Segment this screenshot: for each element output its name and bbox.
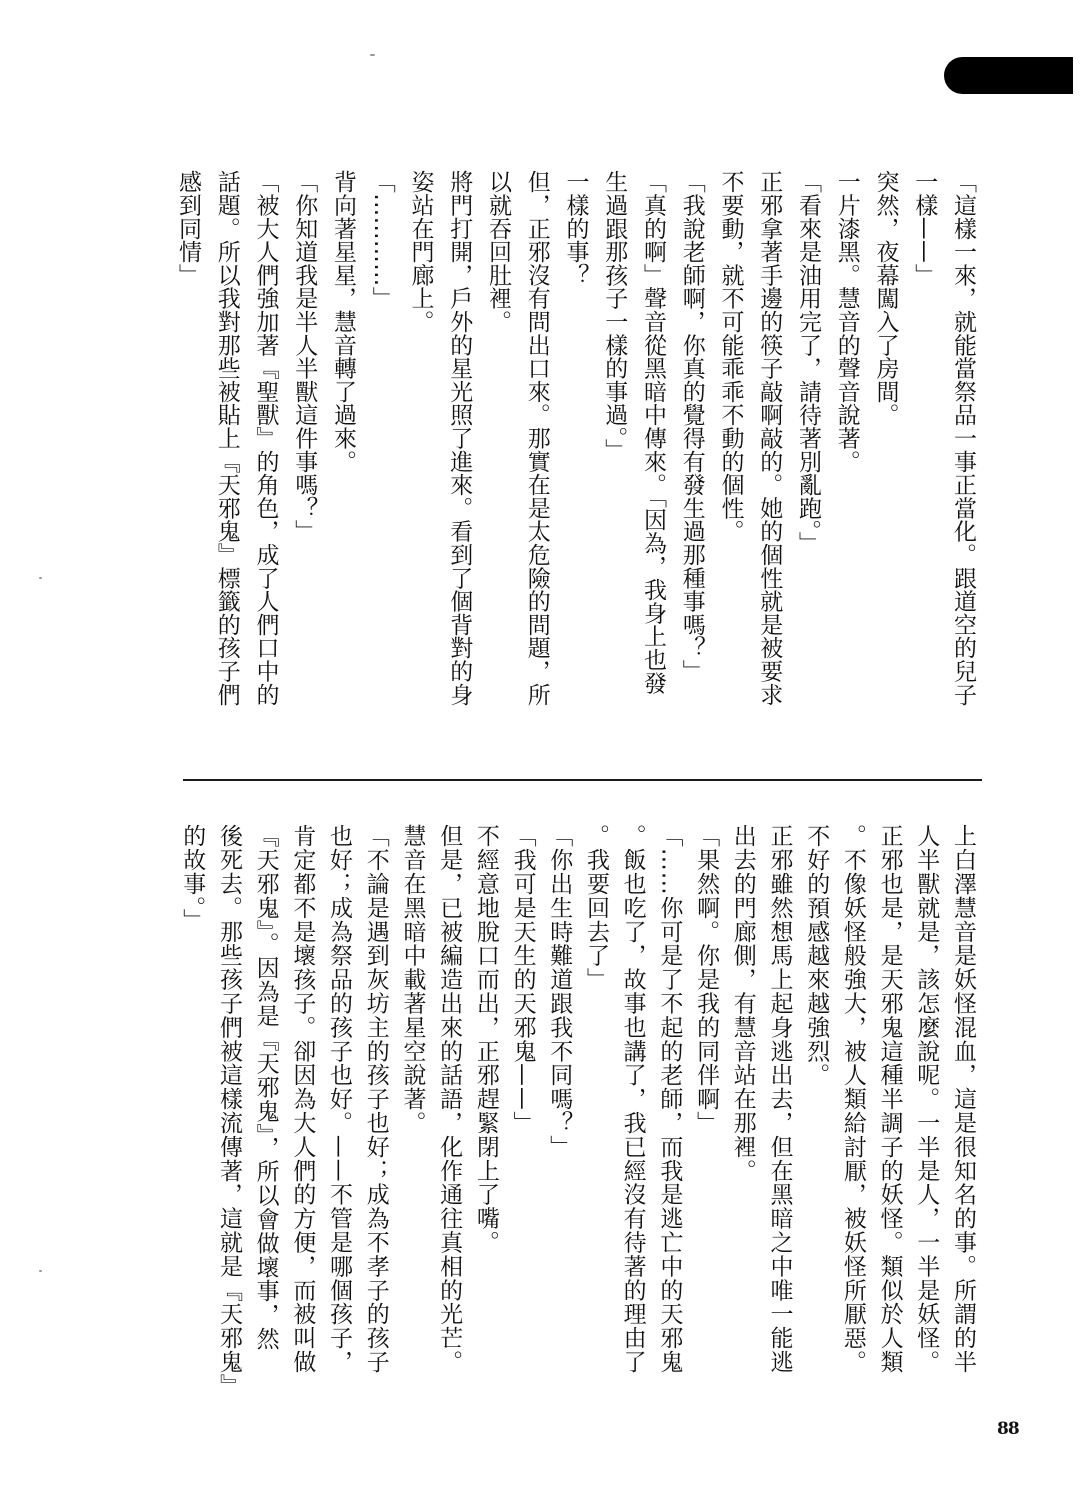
section-divider <box>183 779 982 781</box>
text-column: 一樣——」 <box>905 170 944 750</box>
text-column: 慧音在黑暗中載著星空說著。 <box>394 824 431 1424</box>
text-column: 姿站在門廊上。 <box>401 170 440 750</box>
chapter-tab-marker <box>944 57 1073 94</box>
text-column: 「我說老師啊，你真的覺得有發生過那種事嗎？」 <box>672 170 711 750</box>
text-column: 「你知道我是半人半獸這件事嗎？」 <box>285 170 324 750</box>
text-column: 「……你可是了不起的老師，而我是逃亡中的天邪鬼 <box>651 824 688 1424</box>
text-column: 正邪雖然想馬上起身逃出去，但在黑暗之中唯一能逃 <box>761 824 798 1424</box>
text-column: 「不論是遇到灰坊主的孩子也好；成為不孝子的孩子 <box>357 824 394 1424</box>
scan-artifact <box>39 1270 42 1272</box>
text-column: 。飯也吃了，故事也講了，我已經沒有待著的理由了 <box>614 824 651 1424</box>
text-column: 將門打開，戶外的星光照了進來。看到了個背對的身 <box>440 170 479 750</box>
text-column: 正邪拿著手邊的筷子敲啊敲的。她的個性就是被要求 <box>750 170 789 750</box>
text-column: 突然，夜幕闖入了房間。 <box>866 170 905 750</box>
text-column: 也好；成為祭品的孩子也好。——不管是哪個孩子， <box>320 824 357 1424</box>
text-column: 但是，已被編造出來的話語，化作通往真相的光芒。 <box>430 824 467 1424</box>
text-column: 正邪也是，是天邪鬼這種半調子的妖怪。類似於人類 <box>871 824 908 1424</box>
scan-artifact <box>39 577 42 579</box>
text-column: 「…………」 <box>362 170 401 750</box>
text-column: 。不像妖怪般強大，被人類給討厭，被妖怪所厭惡。 <box>834 824 871 1424</box>
text-column: 出去的門廊側，有慧音站在那裡。 <box>724 824 761 1424</box>
text-column: 感到同情」 <box>168 170 207 750</box>
top-text-section: 「這樣一來，就能當祭品一事正當化。跟道空的兒子 一樣——」 突然，夜幕闖入了房間… <box>168 170 982 750</box>
text-column: 「我可是天生的天邪鬼——」 <box>504 824 541 1424</box>
text-column: 人半獸就是，該怎麼說呢。一半是人，一半是妖怪。 <box>908 824 945 1424</box>
text-column: 「你出生時難道跟我不同嗎？」 <box>541 824 578 1424</box>
text-column: 但，正邪沒有問出口來。那實在是太危險的問題，所 <box>517 170 556 750</box>
text-column: 後死去。那些孩子們被這樣流傳著，這就是『天邪鬼』 <box>210 824 247 1424</box>
text-column: 背向著星星，慧音轉了過來。 <box>323 170 362 750</box>
text-column: 上白澤慧音是妖怪混血，這是很知名的事。所謂的半 <box>944 824 981 1424</box>
text-column: 肯定都不是壞孩子。卻因為大人們的方便，而被叫做 <box>284 824 321 1424</box>
scan-artifact <box>370 54 375 56</box>
text-column: 『天邪鬼』。因為是『天邪鬼』，所以會做壞事，然 <box>247 824 284 1424</box>
page-number: 88 <box>997 1419 1019 1439</box>
text-column: 「這樣一來，就能當祭品一事正當化。跟道空的兒子 <box>943 170 982 750</box>
text-column: 不要動，就不可能乖乖不動的個性。 <box>711 170 750 750</box>
text-column: 話題。所以我對那些被貼上『天邪鬼』標籤的孩子們 <box>207 170 246 750</box>
text-column: 一樣的事？ <box>556 170 595 750</box>
text-column: 不好的預感越來越強烈。 <box>797 824 834 1424</box>
text-column: 一片漆黑。慧音的聲音說著。 <box>827 170 866 750</box>
text-column: 「被大人們強加著『聖獸』的角色，成了人們口中的 <box>246 170 285 750</box>
text-column: 以就吞回肚裡。 <box>478 170 517 750</box>
text-column: 。我要回去了」 <box>577 824 614 1424</box>
text-column: 生過跟那孩子一樣的事過。」 <box>595 170 634 750</box>
text-column: 的故事。」 <box>174 824 211 1424</box>
text-column: 不經意地脫口而出，正邪趕緊閉上了嘴。 <box>467 824 504 1424</box>
text-column: 「看來是油用完了，請待著別亂跑。」 <box>788 170 827 750</box>
text-column: 「真的啊」聲音從黑暗中傳來。「因為，我身上也發 <box>633 170 672 750</box>
text-column: 「果然啊。你是我的同伴啊」 <box>687 824 724 1424</box>
bottom-text-section: 上白澤慧音是妖怪混血，這是很知名的事。所謂的半 人半獸就是，該怎麼說呢。一半是人… <box>174 824 981 1424</box>
